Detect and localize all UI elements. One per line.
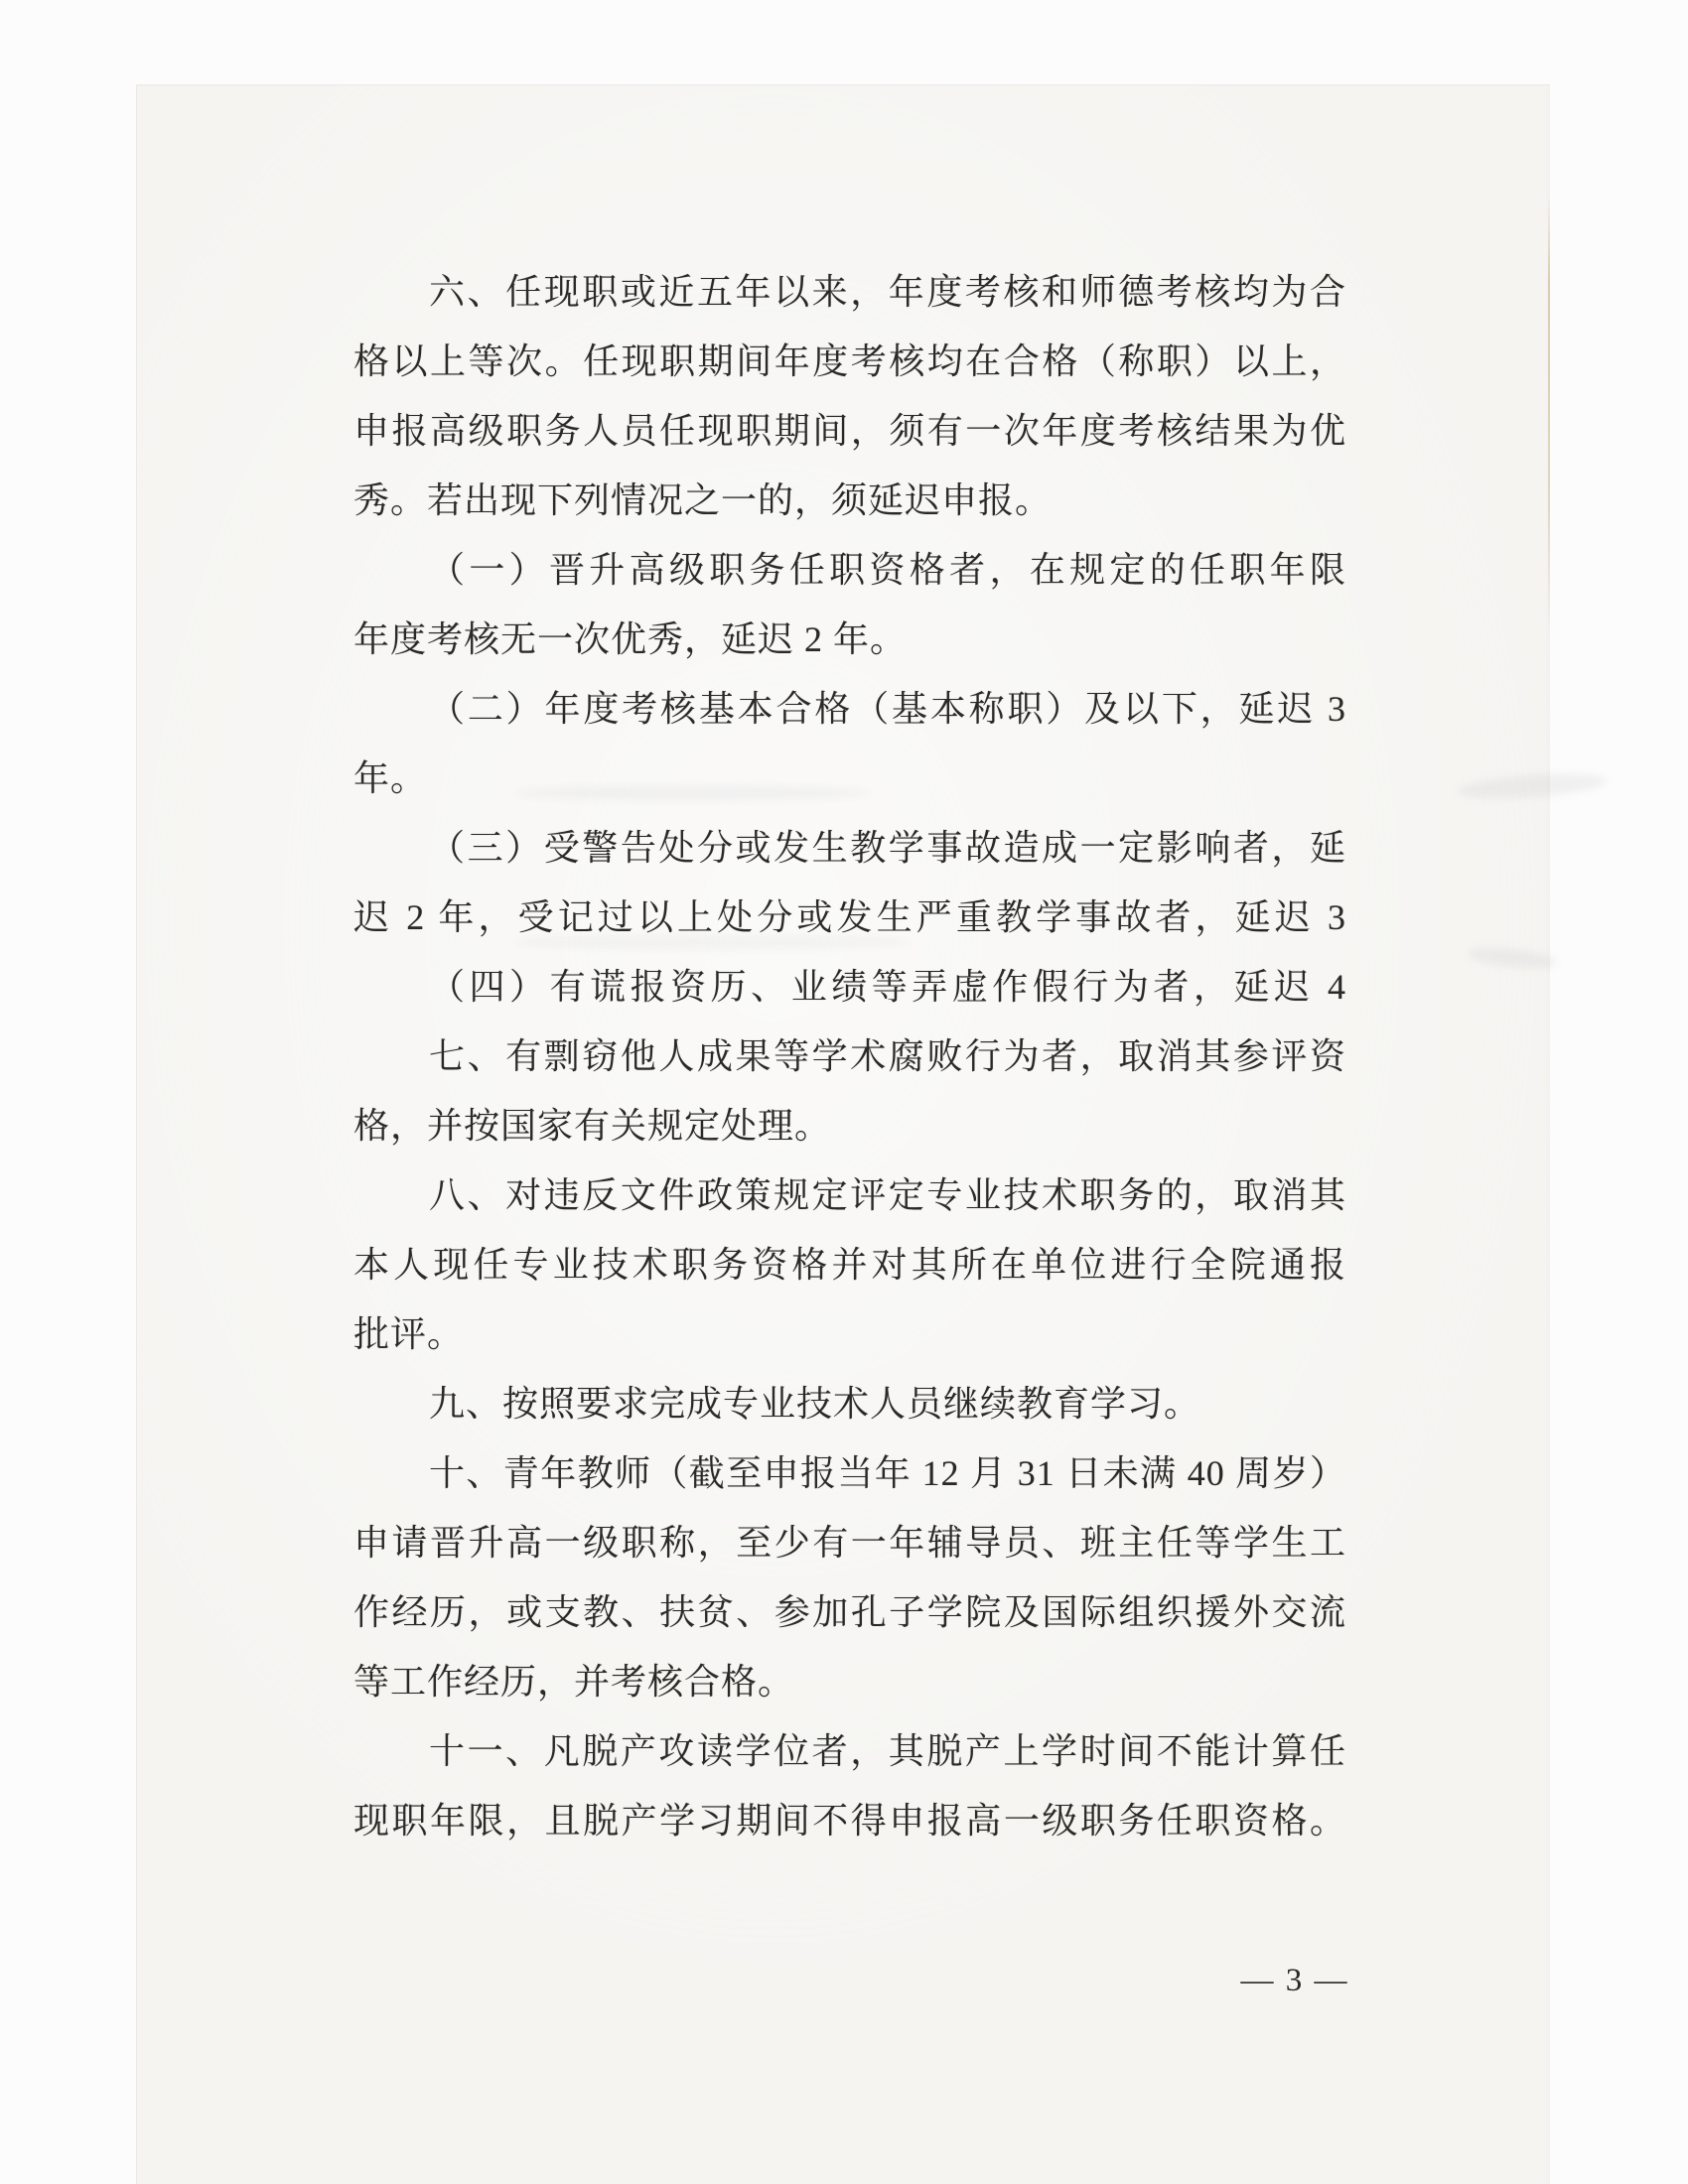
text-line: 格，并按国家有关规定处理。	[353, 1091, 1346, 1160]
text-line: （三）受警告处分或发生教学事故造成一定影响者，延	[353, 813, 1346, 883]
bleedthrough-smudge	[1467, 944, 1557, 971]
page-number: — 3 —	[1227, 1960, 1362, 2001]
text-line: 迟 2 年，受记过以上处分或发生严重教学事故者，延迟 3 年。	[353, 883, 1346, 952]
text-line: 作经历，或支教、扶贫、参加孔子学院及国际组织援外交流	[353, 1577, 1346, 1647]
text-line: （二）年度考核基本合格（基本称职）及以下，延迟 3	[353, 674, 1346, 744]
text-line: 十、青年教师（截至申报当年 12 月 31 日未满 40 周岁）	[353, 1438, 1346, 1508]
text-line: 年度考核无一次优秀，延迟 2 年。	[353, 605, 1346, 674]
text-line: 现职年限，且脱产学习期间不得申报高一级职务任职资格。	[353, 1786, 1346, 1855]
text-line: 申请晋升高一级职称，至少有一年辅导员、班主任等学生工	[353, 1508, 1346, 1577]
text-line: 十一、凡脱产攻读学位者，其脱产上学时间不能计算任	[353, 1716, 1346, 1786]
text-line: 七、有剽窃他人成果等学术腐败行为者，取消其参评资	[353, 1022, 1346, 1091]
text-line: 格以上等次。任现职期间年度考核均在合格（称职）以上，	[353, 327, 1346, 396]
paper-right-edge	[1548, 195, 1550, 631]
text-line: 九、按照要求完成专业技术人员继续教育学习。	[353, 1369, 1346, 1438]
text-line: 六、任现职或近五年以来，年度考核和师德考核均为合	[353, 257, 1346, 327]
text-line: 批评。	[353, 1299, 1346, 1369]
text-line: 秀。若出现下列情况之一的，须延迟申报。	[353, 466, 1346, 535]
document-body: 六、任现职或近五年以来，年度考核和师德考核均为合 格以上等次。任现职期间年度考核…	[353, 257, 1346, 1855]
text-line: 等工作经历，并考核合格。	[353, 1647, 1346, 1716]
text-line: （四）有谎报资历、业绩等弄虚作假行为者，延迟 4 年。	[353, 952, 1346, 1022]
text-line: 八、对违反文件政策规定评定专业技术职务的，取消其	[353, 1160, 1346, 1230]
text-line: 申报高级职务人员任现职期间，须有一次年度考核结果为优	[353, 396, 1346, 466]
text-line: 年。	[353, 744, 1346, 813]
paper-sheet: 六、任现职或近五年以来，年度考核和师德考核均为合 格以上等次。任现职期间年度考核…	[136, 84, 1550, 2184]
bleedthrough-smudge	[1457, 770, 1607, 802]
scanned-document-page: 六、任现职或近五年以来，年度考核和师德考核均为合 格以上等次。任现职期间年度考核…	[0, 0, 1688, 2184]
text-line: （一）晋升高级职务任职资格者，在规定的任职年限内，	[353, 535, 1346, 605]
text-line: 本人现任专业技术职务资格并对其所在单位进行全院通报	[353, 1230, 1346, 1299]
